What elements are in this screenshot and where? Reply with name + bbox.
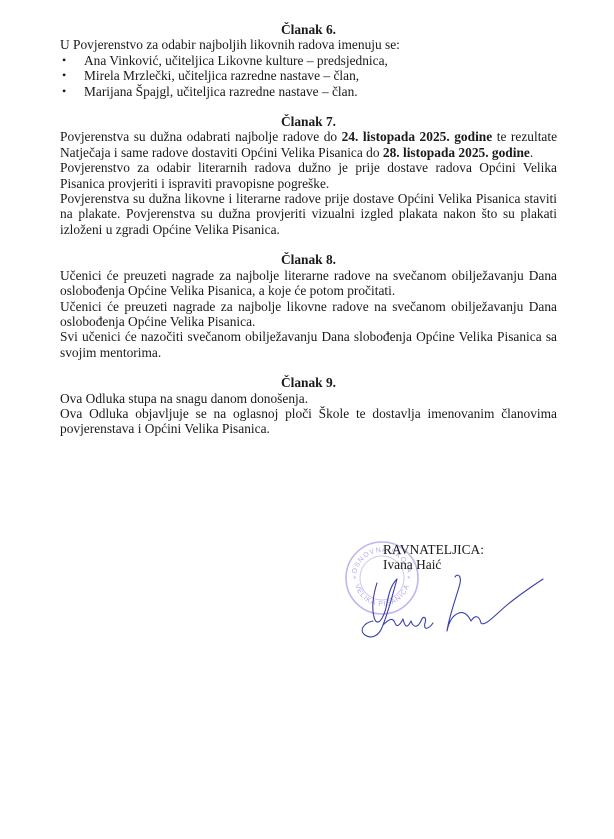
document-page: Članak 6. U Povjerenstvo za odabir najbo… xyxy=(60,22,557,437)
list-item: Marijana Špajgl, učiteljica razredne nas… xyxy=(60,84,557,99)
article-9-paragraph-2: Ova Odluka objavljuje se na oglasnoj plo… xyxy=(60,406,557,437)
committee-member-list: Ana Vinković, učiteljica Likovne kulture… xyxy=(60,53,557,99)
article-6-heading: Članak 6. xyxy=(60,22,557,37)
list-item: Mirela Mrzlečki, učiteljica razredne nas… xyxy=(60,68,557,83)
article-9-heading: Članak 9. xyxy=(60,375,557,390)
signature-block: RAVNATELJICA: Ivana Haić xyxy=(383,542,484,573)
article-7-paragraph-3: Povjerenstva su dužna likovne i literarn… xyxy=(60,191,557,237)
handwritten-signature-icon xyxy=(335,565,555,645)
deadline-date-1: 24. listopada 2025. godine xyxy=(342,129,493,144)
signatory-title: RAVNATELJICA: xyxy=(383,542,484,557)
article-7-paragraph-1: Povjerenstva su dužna odabrati najbolje … xyxy=(60,129,557,160)
deadline-date-2: 28. listopada 2025. godine xyxy=(383,145,530,160)
text-run: Povjerenstva su dužna odabrati najbolje … xyxy=(60,129,342,144)
article-7-heading: Članak 7. xyxy=(60,114,557,129)
signatory-name: Ivana Haić xyxy=(383,557,484,572)
article-8-paragraph-3: Svi učenici će nazočiti svečanom obiljež… xyxy=(60,329,557,360)
article-8-paragraph-2: Učenici će preuzeti nagrade za najbolje … xyxy=(60,299,557,330)
article-8-paragraph-1: Učenici će preuzeti nagrade za najbolje … xyxy=(60,268,557,299)
article-9-paragraph-1: Ova Odluka stupa na snagu danom donošenj… xyxy=(60,391,557,406)
list-item: Ana Vinković, učiteljica Likovne kulture… xyxy=(60,53,557,68)
article-8-heading: Članak 8. xyxy=(60,252,557,267)
text-run: . xyxy=(530,145,533,160)
article-6-intro: U Povjerenstvo za odabir najboljih likov… xyxy=(60,37,557,52)
article-7-paragraph-2: Povjerenstvo za odabir literarnih radova… xyxy=(60,160,557,191)
